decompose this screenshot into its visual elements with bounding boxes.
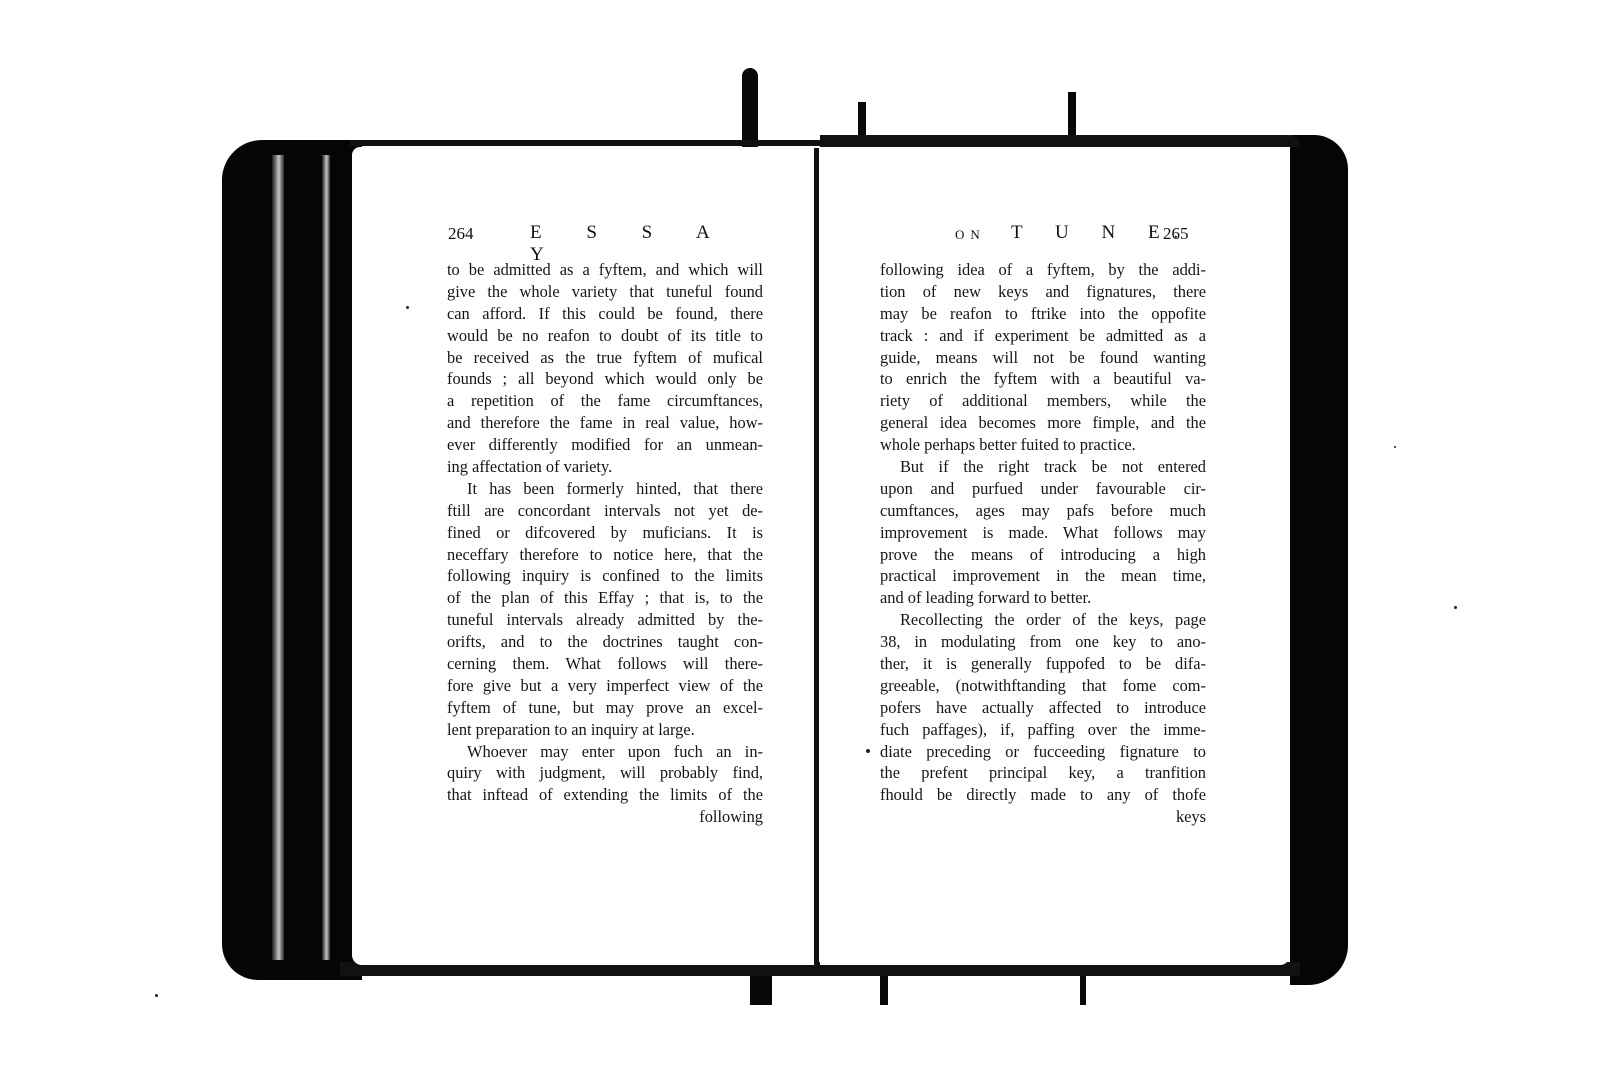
left-page-body: to be admitted as a fyftem, and which wi… (447, 259, 763, 828)
text-line: give the whole variety that tuneful foun… (447, 281, 763, 303)
catchword-left: following (447, 806, 763, 828)
text-line: and therefore the fame in real value, ho… (447, 412, 763, 434)
scan-speck (406, 306, 409, 309)
running-head-prefix-right: ON (955, 227, 986, 243)
text-line: quiry with judgment, will probably find, (447, 762, 763, 784)
text-line: following idea of a fyftem, by the addi- (880, 259, 1206, 281)
left-running-head: 264 E S S A Y (448, 222, 768, 246)
text-line: the prefent principal key, a tranfition (880, 762, 1206, 784)
text-line: orifts, and to the doctrines taught con- (447, 631, 763, 653)
text-line: 38, in modulating from one key to ano- (880, 631, 1206, 653)
text-line: may be reafon to ftrike into the oppofit… (880, 303, 1206, 325)
page-edge-top (350, 140, 820, 146)
text-line: ther, it is generally fuppofed to be dif… (880, 653, 1206, 675)
text-line: whole perhaps better fuited to practice. (880, 434, 1206, 456)
text-line: ever differently modified for an unmean- (447, 434, 763, 456)
text-line: fined or difcovered by muficians. It is (447, 522, 763, 544)
right-page-body: following idea of a fyftem, by the addi-… (880, 259, 1206, 828)
text-line: neceffary therefore to notice here, that… (447, 544, 763, 566)
text-line: and of leading forward to better. (880, 587, 1206, 609)
text-line: general idea becomes more fimple, and th… (880, 412, 1206, 434)
text-line: to enrich the fyftem with a beautiful va… (880, 368, 1206, 390)
catchword-right: keys (880, 806, 1206, 828)
text-line: practical improvement in the mean time, (880, 565, 1206, 587)
text-line: prove the means of introducing a high (880, 544, 1206, 566)
text-line: founds ; all beyond which would only be (447, 368, 763, 390)
text-line: improvement is made. What follows may (880, 522, 1206, 544)
text-line: a repetition of the fame circumftances, (447, 390, 763, 412)
text-line: would be no reafon to doubt of its title… (447, 325, 763, 347)
spine-highlight (322, 155, 330, 960)
book-cover-left (222, 140, 362, 980)
text-line: track : and if experiment be admitted as… (880, 325, 1206, 347)
text-line: upon and purfued under favourable cir- (880, 478, 1206, 500)
text-line: cerning them. What follows will there- (447, 653, 763, 675)
text-line: cumftances, ages may pafs before much (880, 500, 1206, 522)
text-line: can afford. If this could be found, ther… (447, 303, 763, 325)
book-spread: 264 E S S A Y ON T U N E. 265 to be admi… (0, 0, 1600, 1088)
scan-speck (1394, 446, 1396, 448)
text-line: diate preceding or fucceeding fignature … (880, 741, 1206, 763)
book-cover-right (1290, 135, 1348, 985)
text-line: tuneful intervals already admitted by th… (447, 609, 763, 631)
paragraph-start-line: Recollecting the order of the keys, page (880, 609, 1206, 631)
spine-highlight (272, 155, 284, 960)
text-line: riety of additional members, while the (880, 390, 1206, 412)
text-line: ftill are concordant intervals not yet d… (447, 500, 763, 522)
text-line: fore give but a very imperfect view of t… (447, 675, 763, 697)
right-running-head: ON T U N E. 265 (955, 222, 1205, 246)
page-edge-top (820, 135, 1300, 147)
page-number-right: 265 (1163, 224, 1189, 244)
text-line: following inquiry is confined to the lim… (447, 565, 763, 587)
text-line: greeable, (notwithftanding that fome com… (880, 675, 1206, 697)
text-line: lent preparation to an inquiry at large. (447, 719, 763, 741)
text-line: guide, means will not be found wanting (880, 347, 1206, 369)
text-line: fyftem of tune, but may prove an excel- (447, 697, 763, 719)
text-line: fhould be directly made to any of thofe (880, 784, 1206, 806)
text-line: pofers have actually affected to introdu… (880, 697, 1206, 719)
scan-speck (155, 994, 158, 997)
text-line: that inftead of extending the limits of … (447, 784, 763, 806)
text-line: ing affectation of variety. (447, 456, 763, 478)
scan-speck (1454, 606, 1457, 609)
book-gutter (814, 148, 819, 966)
page-number-left: 264 (448, 224, 474, 244)
text-line: fuch paffages), if, paffing over the imm… (880, 719, 1206, 741)
text-line: to be admitted as a fyftem, and which wi… (447, 259, 763, 281)
paragraph-start-line: Whoever may enter upon fuch an in- (447, 741, 763, 763)
text-line: tion of new keys and fignatures, there (880, 281, 1206, 303)
scan-speck (866, 749, 870, 753)
text-line: be received as the true fyftem of mufica… (447, 347, 763, 369)
paragraph-start-line: But if the right track be not entered (880, 456, 1206, 478)
ribbon-top-left (742, 68, 758, 150)
paragraph-start-line: It has been formerly hinted, that there (447, 478, 763, 500)
text-line: of the plan of this Effay ; that is, to … (447, 587, 763, 609)
